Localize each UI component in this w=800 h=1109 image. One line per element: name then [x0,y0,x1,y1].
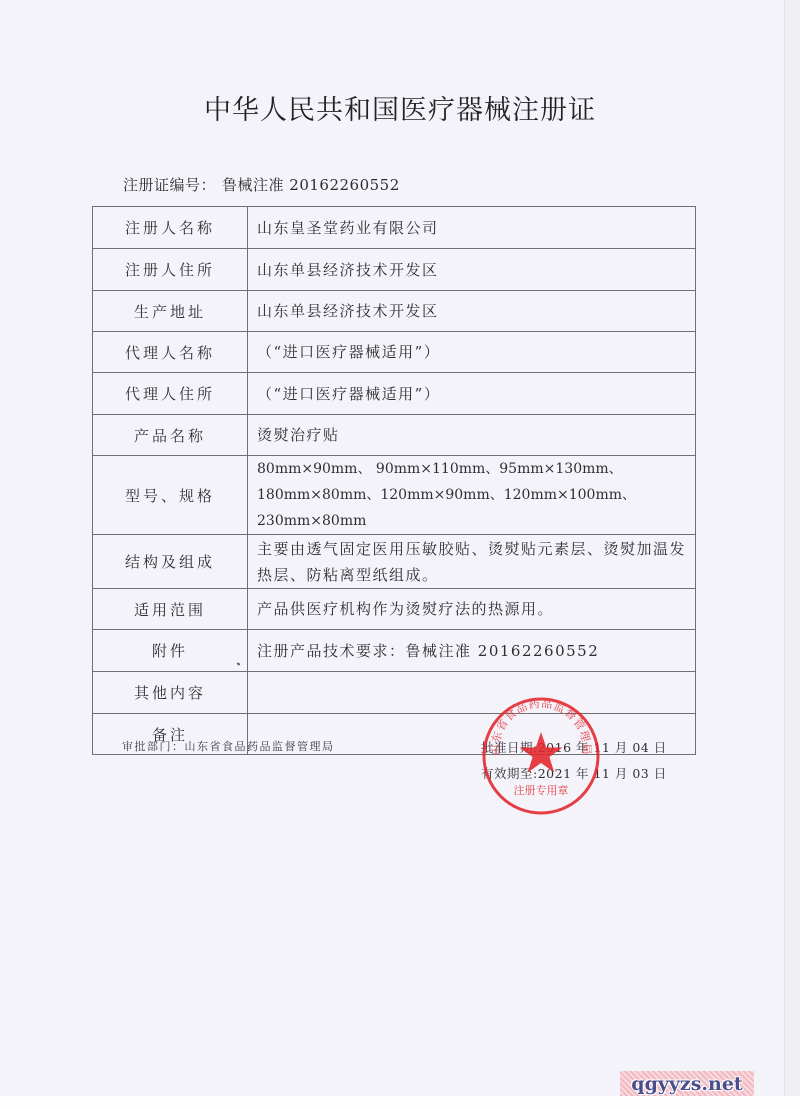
table-row: 其他内容 [93,672,696,714]
row-value: 烫熨治疗贴 [248,415,696,456]
row-value: （“进口医疗器械适用”） [248,332,696,373]
table-row: 生产地址山东单县经济技术开发区 [93,291,696,332]
table-row: 结构及组成主要由透气固定医用压敏胶贴、烫熨贴元素层、烫熨加温发热层、防粘离型纸组… [93,535,696,589]
watermark-logo: qgyyzs.net [620,1071,754,1096]
table-row: 附件注册产品技术要求：鲁械注准 20162260552 [93,630,696,672]
row-label: 代理人住所 [93,373,248,415]
page-bottom-margin [0,1096,800,1109]
table-row: 适用范围产品供医疗机构作为烫熨疗法的热源用。 [93,589,696,630]
row-value: 主要由透气固定医用压敏胶贴、烫熨贴元素层、烫熨加温发热层、防粘离型纸组成。 [248,535,696,589]
row-value: 注册产品技术要求：鲁械注准 20162260552 [248,630,696,672]
row-label: 产品名称 [93,415,248,456]
table-row: 注册人住所山东单县经济技术开发区 [93,249,696,291]
row-label: 注册人住所 [93,249,248,291]
row-label: 型号、规格 [93,456,248,535]
table-row: 产品名称烫熨治疗贴 [93,415,696,456]
row-value [248,672,696,714]
row-value: 山东皇圣堂药业有限公司 [248,207,696,249]
row-label: 生产地址 [93,291,248,332]
row-label: 结构及组成 [93,535,248,589]
row-value: 山东单县经济技术开发区 [248,249,696,291]
row-label: 代理人名称 [93,332,248,373]
certificate-table: 注册人名称山东皇圣堂药业有限公司 注册人住所山东单县经济技术开发区 生产地址山东… [92,206,696,755]
row-label: 适用范围 [93,589,248,630]
row-value: 产品供医疗机构作为烫熨疗法的热源用。 [248,589,696,630]
table-row: 型号、规格80mm×90mm、 90mm×110mm、95mm×130mm、18… [93,456,696,535]
page-edge [784,0,800,1109]
table-row: 代理人名称（“进口医疗器械适用”） [93,332,696,373]
registration-number-label: 注册证编号： [123,176,216,194]
row-value: 山东单县经济技术开发区 [248,291,696,332]
table-row: 代理人住所（“进口医疗器械适用”） [93,373,696,415]
document-title: 中华人民共和国医疗器械注册证 [0,88,800,127]
row-label: 其他内容 [93,672,248,714]
row-label: 注册人名称 [93,207,248,249]
watermark-text: qgyyzs.net [631,1073,742,1095]
row-value: 80mm×90mm、 90mm×110mm、95mm×130mm、180mm×8… [248,456,696,535]
table-row: 注册人名称山东皇圣堂药业有限公司 [93,207,696,249]
registration-number-line: 注册证编号：鲁械注准 20162260552 [123,174,400,195]
approving-department: 审批部门：山东省食品药品监督管理局 [122,738,335,754]
official-seal-icon: 山东省食品药品监督管理局 注册专用章 [481,696,601,816]
seal-inner-text: 注册专用章 [514,783,569,797]
row-label: 附件 [93,630,248,672]
row-value: （“进口医疗器械适用”） [248,373,696,415]
registration-number: 鲁械注准 20162260552 [222,176,400,194]
